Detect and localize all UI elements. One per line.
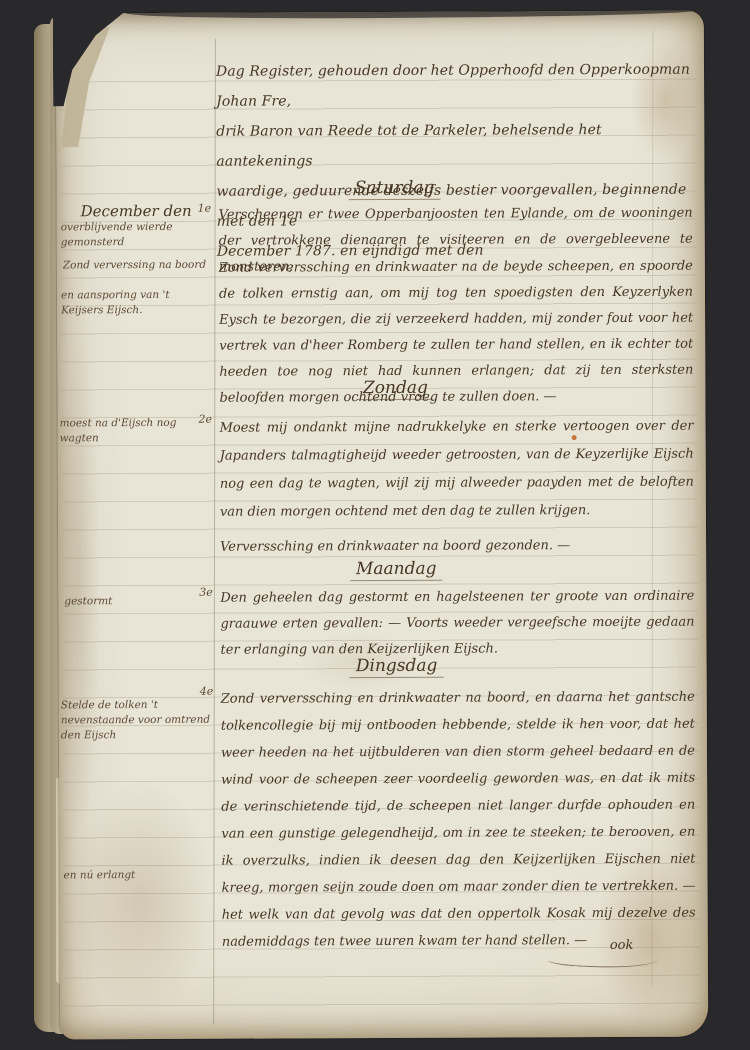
entry-paragraph: Den geheelen dag gestormt en hagelsteene… xyxy=(220,584,694,664)
margin-note: Stelde de tolken 't nevenstaande voor om… xyxy=(61,698,213,744)
paper-stain xyxy=(65,779,216,1020)
margin-note: overblijvende wierde gemonsterd xyxy=(61,220,213,251)
margin-note: en aansporing van 't Keijsers Eijsch. xyxy=(61,288,213,319)
section-heading-dingsdag: Dingsdag xyxy=(219,655,575,677)
torn-top-edge xyxy=(126,11,694,19)
margin-note: gestormt xyxy=(64,594,216,610)
day-number: 4e xyxy=(200,685,218,698)
section-heading-maandag: Maandag xyxy=(218,558,574,580)
entry-paragraph: Ververssching en drinkwaater na boord ge… xyxy=(220,533,694,561)
day-number: 2e xyxy=(199,413,217,426)
margin-note: Zond ververssing na boord xyxy=(63,258,215,274)
entry-paragraph: Zond ververssching en drinkwaater na boo… xyxy=(221,684,696,956)
margin-note: en nú erlangt xyxy=(63,868,215,884)
day-number: 1e xyxy=(198,202,216,215)
section-heading-zondag: Zondag xyxy=(217,377,573,399)
margin-note: moest na d'Eijsch nog wagten xyxy=(60,416,196,447)
archival-photo-background: Dag Register, gehouden door het Opperhoo… xyxy=(0,0,750,1050)
journal-page: Dag Register, gehouden door het Opperhoo… xyxy=(56,11,708,1040)
book-page-stack-edge xyxy=(34,24,58,1032)
title-line: drik Baron van Reede tot de Parkeler, be… xyxy=(216,115,696,177)
entry-paragraph: Moest mij ondankt mijne nadrukkelyke en … xyxy=(220,413,694,527)
title-line: Dag Register, gehouden door het Opperhoo… xyxy=(216,55,696,117)
paper-stain xyxy=(53,313,101,833)
section-heading-saturdag: Saturdag xyxy=(216,177,572,199)
